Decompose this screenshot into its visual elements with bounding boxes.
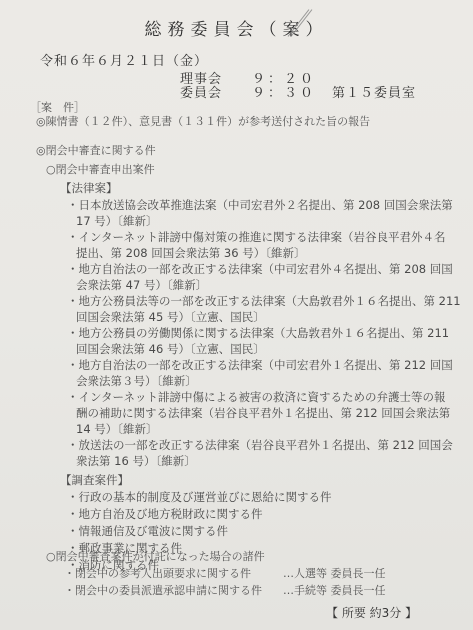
investigation-item: ・行政の基本的制度及び運営並びに恩給に関する件	[67, 489, 332, 505]
bill-item: ・地方自治法の一部を改正する法律案（中司宏君外４名提出、第 208 回国	[67, 261, 453, 277]
bill-item: ・地方公務員の労働関係に関する法律案（大島敦君外１６名提出、第 211	[67, 325, 449, 341]
closed-session-heading: ◎閉会中審査に関する件	[36, 142, 156, 158]
schedule-time: ９：３０	[252, 82, 316, 101]
bill-item-cont: 14 号）〔維新〕	[76, 421, 158, 437]
bill-item-cont: 会衆法第 47 号）〔維新〕	[76, 277, 207, 293]
bill-item: ・地方公務員法等の一部を改正する法律案（大島敦君外１６名提出、第 211	[67, 293, 461, 309]
bills-heading: 【法律案】	[60, 180, 118, 196]
bill-item: ・放送法の一部を改正する法律案（岩谷良平君外１名提出、第 212 回国会	[67, 437, 453, 453]
referral-item: ・閉会中の参考人出頭要求に関する件	[64, 565, 251, 581]
bill-item: ・日本放送協会改革推進法案（中司宏君外２名提出、第 208 回国会衆法第	[67, 197, 453, 213]
bill-item-cont: 回国会衆法第 45 号）〔立憲、国民〕	[76, 309, 265, 325]
referral-heading: ○閉会中審査案件が付託になった場合の諸件	[46, 548, 265, 564]
bill-item: ・インターネット誹謗中傷による被害の救済に資するための弁護士等の報	[67, 389, 445, 405]
meeting-date: 令和６年６月２１日（金）	[40, 50, 208, 69]
bill-item-cont: 17 号）〔維新〕	[76, 213, 158, 229]
bill-item: ・インターネット誹謗中傷対策の推進に関する法律案（岩谷良平君外４名	[67, 229, 445, 245]
investigations-heading: 【調査案件】	[60, 472, 129, 488]
investigation-item: ・地方自治及び地方税財政に関する件	[67, 506, 263, 522]
page-title: 総務委員会（案）	[0, 15, 473, 40]
investigation-item: ・情報通信及び電波に関する件	[67, 523, 228, 539]
bill-item-cont: 会衆法第３号）〔維新〕	[76, 373, 197, 389]
bill-item-cont: 衆法第 16 号）〔維新〕	[76, 453, 196, 469]
referral-item: ・閉会中の委員派遣承認申請に関する件	[64, 582, 262, 598]
duration-label: 【 所要 約3分 】	[326, 604, 417, 621]
closed-session-subheading: ○閉会中審査申出案件	[46, 161, 155, 177]
document-page: 総務委員会（案） 令和６年６月２１日（金） 理事会 ９：２０ 委員会 ９：３０ …	[0, 0, 473, 630]
report-item: ◎陳情書（１２件）、意見書（１３１件）が参考送付された旨の報告	[36, 113, 370, 129]
meeting-room: 第１５委員室	[332, 82, 416, 101]
bill-item-cont: 提出、第 208 回国会衆法第 36 号）〔維新〕	[76, 245, 305, 261]
bill-item-cont: 酬の補助に関する法律案（岩谷良平君外１名提出、第 212 回国会衆法第	[76, 405, 450, 421]
referral-note: …手続等 委員長一任	[283, 582, 386, 598]
schedule-label: 委員会	[180, 82, 222, 101]
bill-item-cont: 回国会衆法第 46 号）〔立憲、国民〕	[76, 341, 265, 357]
bill-item: ・地方自治法の一部を改正する法律案（中司宏君外１名提出、第 212 回国	[67, 357, 453, 373]
referral-note: …人選等 委員長一任	[283, 565, 386, 581]
